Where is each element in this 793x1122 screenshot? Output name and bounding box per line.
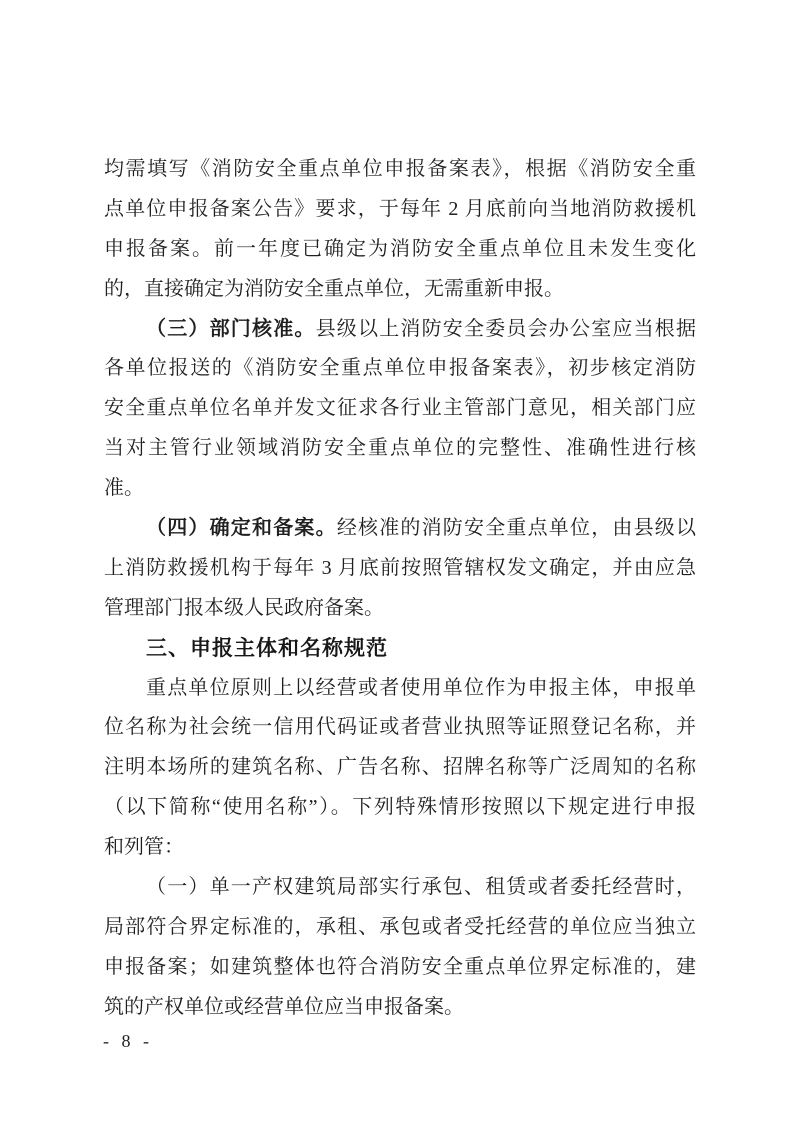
text-line: 申报备案。前一年度已确定为消防安全重点单位且未发生变化 bbox=[104, 230, 696, 270]
text-run: 筑的产权单位或经营单位应当申报备案。 bbox=[104, 996, 464, 1018]
text-run: 的，直接确定为消防安全重点单位，无需重新申报。 bbox=[104, 278, 564, 300]
emphasis-run: （三）部门核准。 bbox=[146, 318, 316, 340]
text-run: 均需填写《消防安全重点单位申报备案表》，根据《消防安全重 bbox=[104, 158, 696, 180]
text-run: 局部符合界定标准的，承租、承包或者受托经营的单位应当独立 bbox=[104, 916, 696, 938]
text-line: 和列管： bbox=[104, 828, 696, 868]
text-run: 注明本场所的建筑名称、广告名称、招牌名称等广泛周知的名称 bbox=[104, 756, 696, 778]
text-line: 注明本场所的建筑名称、广告名称、招牌名称等广泛周知的名称 bbox=[104, 748, 696, 788]
text-run: （一）单一产权建筑局部实行承包、租赁或者委托经营时， bbox=[146, 876, 696, 898]
text-line: 准。 bbox=[104, 469, 696, 509]
text-run: 经核准的消防安全重点单位，由县级以 bbox=[337, 517, 696, 539]
text-run: 当对主管行业领域消防安全重点单位的完整性、准确性进行核 bbox=[104, 437, 696, 459]
text-line: 点单位申报备案公告》要求，于每年 2 月底前向当地消防救援机 bbox=[104, 190, 696, 230]
text-run: 安全重点单位名单并发文征求各行业主管部门意见，相关部门应 bbox=[104, 397, 696, 419]
text-line: （四）确定和备案。经核准的消防安全重点单位，由县级以 bbox=[104, 509, 696, 549]
emphasis-run: （四）确定和备案。 bbox=[146, 517, 337, 539]
text-run: 申报备案。前一年度已确定为消防安全重点单位且未发生变化 bbox=[104, 238, 696, 260]
text-line: 安全重点单位名单并发文征求各行业主管部门意见，相关部门应 bbox=[104, 389, 696, 429]
text-run: （以下简称“使用名称”）。下列特殊情形按照以下规定进行申报 bbox=[104, 796, 696, 818]
text-run: 上消防救援机构于每年 3 月底前按照管辖权发文确定，并由应急 bbox=[104, 557, 696, 579]
text-line: （以下简称“使用名称”）。下列特殊情形按照以下规定进行申报 bbox=[104, 788, 696, 828]
text-line: 位名称为社会统一信用代码证或者营业执照等证照登记名称，并 bbox=[104, 708, 696, 748]
text-line: 当对主管行业领域消防安全重点单位的完整性、准确性进行核 bbox=[104, 429, 696, 469]
text-line: 筑的产权单位或经营单位应当申报备案。 bbox=[104, 988, 696, 1028]
text-run: 和列管： bbox=[104, 836, 184, 858]
text-line: 管理部门报本级人民政府备案。 bbox=[104, 589, 696, 629]
text-line: 的，直接确定为消防安全重点单位，无需重新申报。 bbox=[104, 270, 696, 310]
emphasis-run: 三、申报主体和名称规范 bbox=[146, 637, 388, 660]
text-run: 位名称为社会统一信用代码证或者营业执照等证照登记名称，并 bbox=[104, 716, 696, 738]
text-line: 局部符合界定标准的，承租、承包或者受托经营的单位应当独立 bbox=[104, 908, 696, 948]
text-run: 申报备案；如建筑整体也符合消防安全重点单位界定标准的，建 bbox=[104, 956, 696, 978]
text-run: 管理部门报本级人民政府备案。 bbox=[104, 597, 384, 619]
text-line: （一）单一产权建筑局部实行承包、租赁或者委托经营时， bbox=[104, 868, 696, 908]
document-body: 均需填写《消防安全重点单位申报备案表》，根据《消防安全重点单位申报备案公告》要求… bbox=[104, 150, 696, 1028]
text-line: 上消防救援机构于每年 3 月底前按照管辖权发文确定，并由应急 bbox=[104, 549, 696, 589]
text-line: （三）部门核准。县级以上消防安全委员会办公室应当根据 bbox=[104, 310, 696, 350]
text-run: 各单位报送的《消防安全重点单位申报备案表》，初步核定消防 bbox=[104, 357, 696, 379]
text-run: 重点单位原则上以经营或者使用单位作为申报主体，申报单 bbox=[146, 677, 696, 699]
page-number: - 8 - bbox=[103, 1031, 153, 1052]
text-line: 各单位报送的《消防安全重点单位申报备案表》，初步核定消防 bbox=[104, 349, 696, 389]
document-page: 均需填写《消防安全重点单位申报备案表》，根据《消防安全重点单位申报备案公告》要求… bbox=[0, 0, 793, 1122]
text-run: 县级以上消防安全委员会办公室应当根据 bbox=[316, 318, 696, 340]
section-heading: 三、申报主体和名称规范 bbox=[104, 629, 696, 669]
text-line: 均需填写《消防安全重点单位申报备案表》，根据《消防安全重 bbox=[104, 150, 696, 190]
text-line: 申报备案；如建筑整体也符合消防安全重点单位界定标准的，建 bbox=[104, 948, 696, 988]
text-run: 准。 bbox=[104, 477, 144, 499]
text-line: 重点单位原则上以经营或者使用单位作为申报主体，申报单 bbox=[104, 669, 696, 709]
text-run: 点单位申报备案公告》要求，于每年 2 月底前向当地消防救援机 bbox=[104, 198, 696, 220]
